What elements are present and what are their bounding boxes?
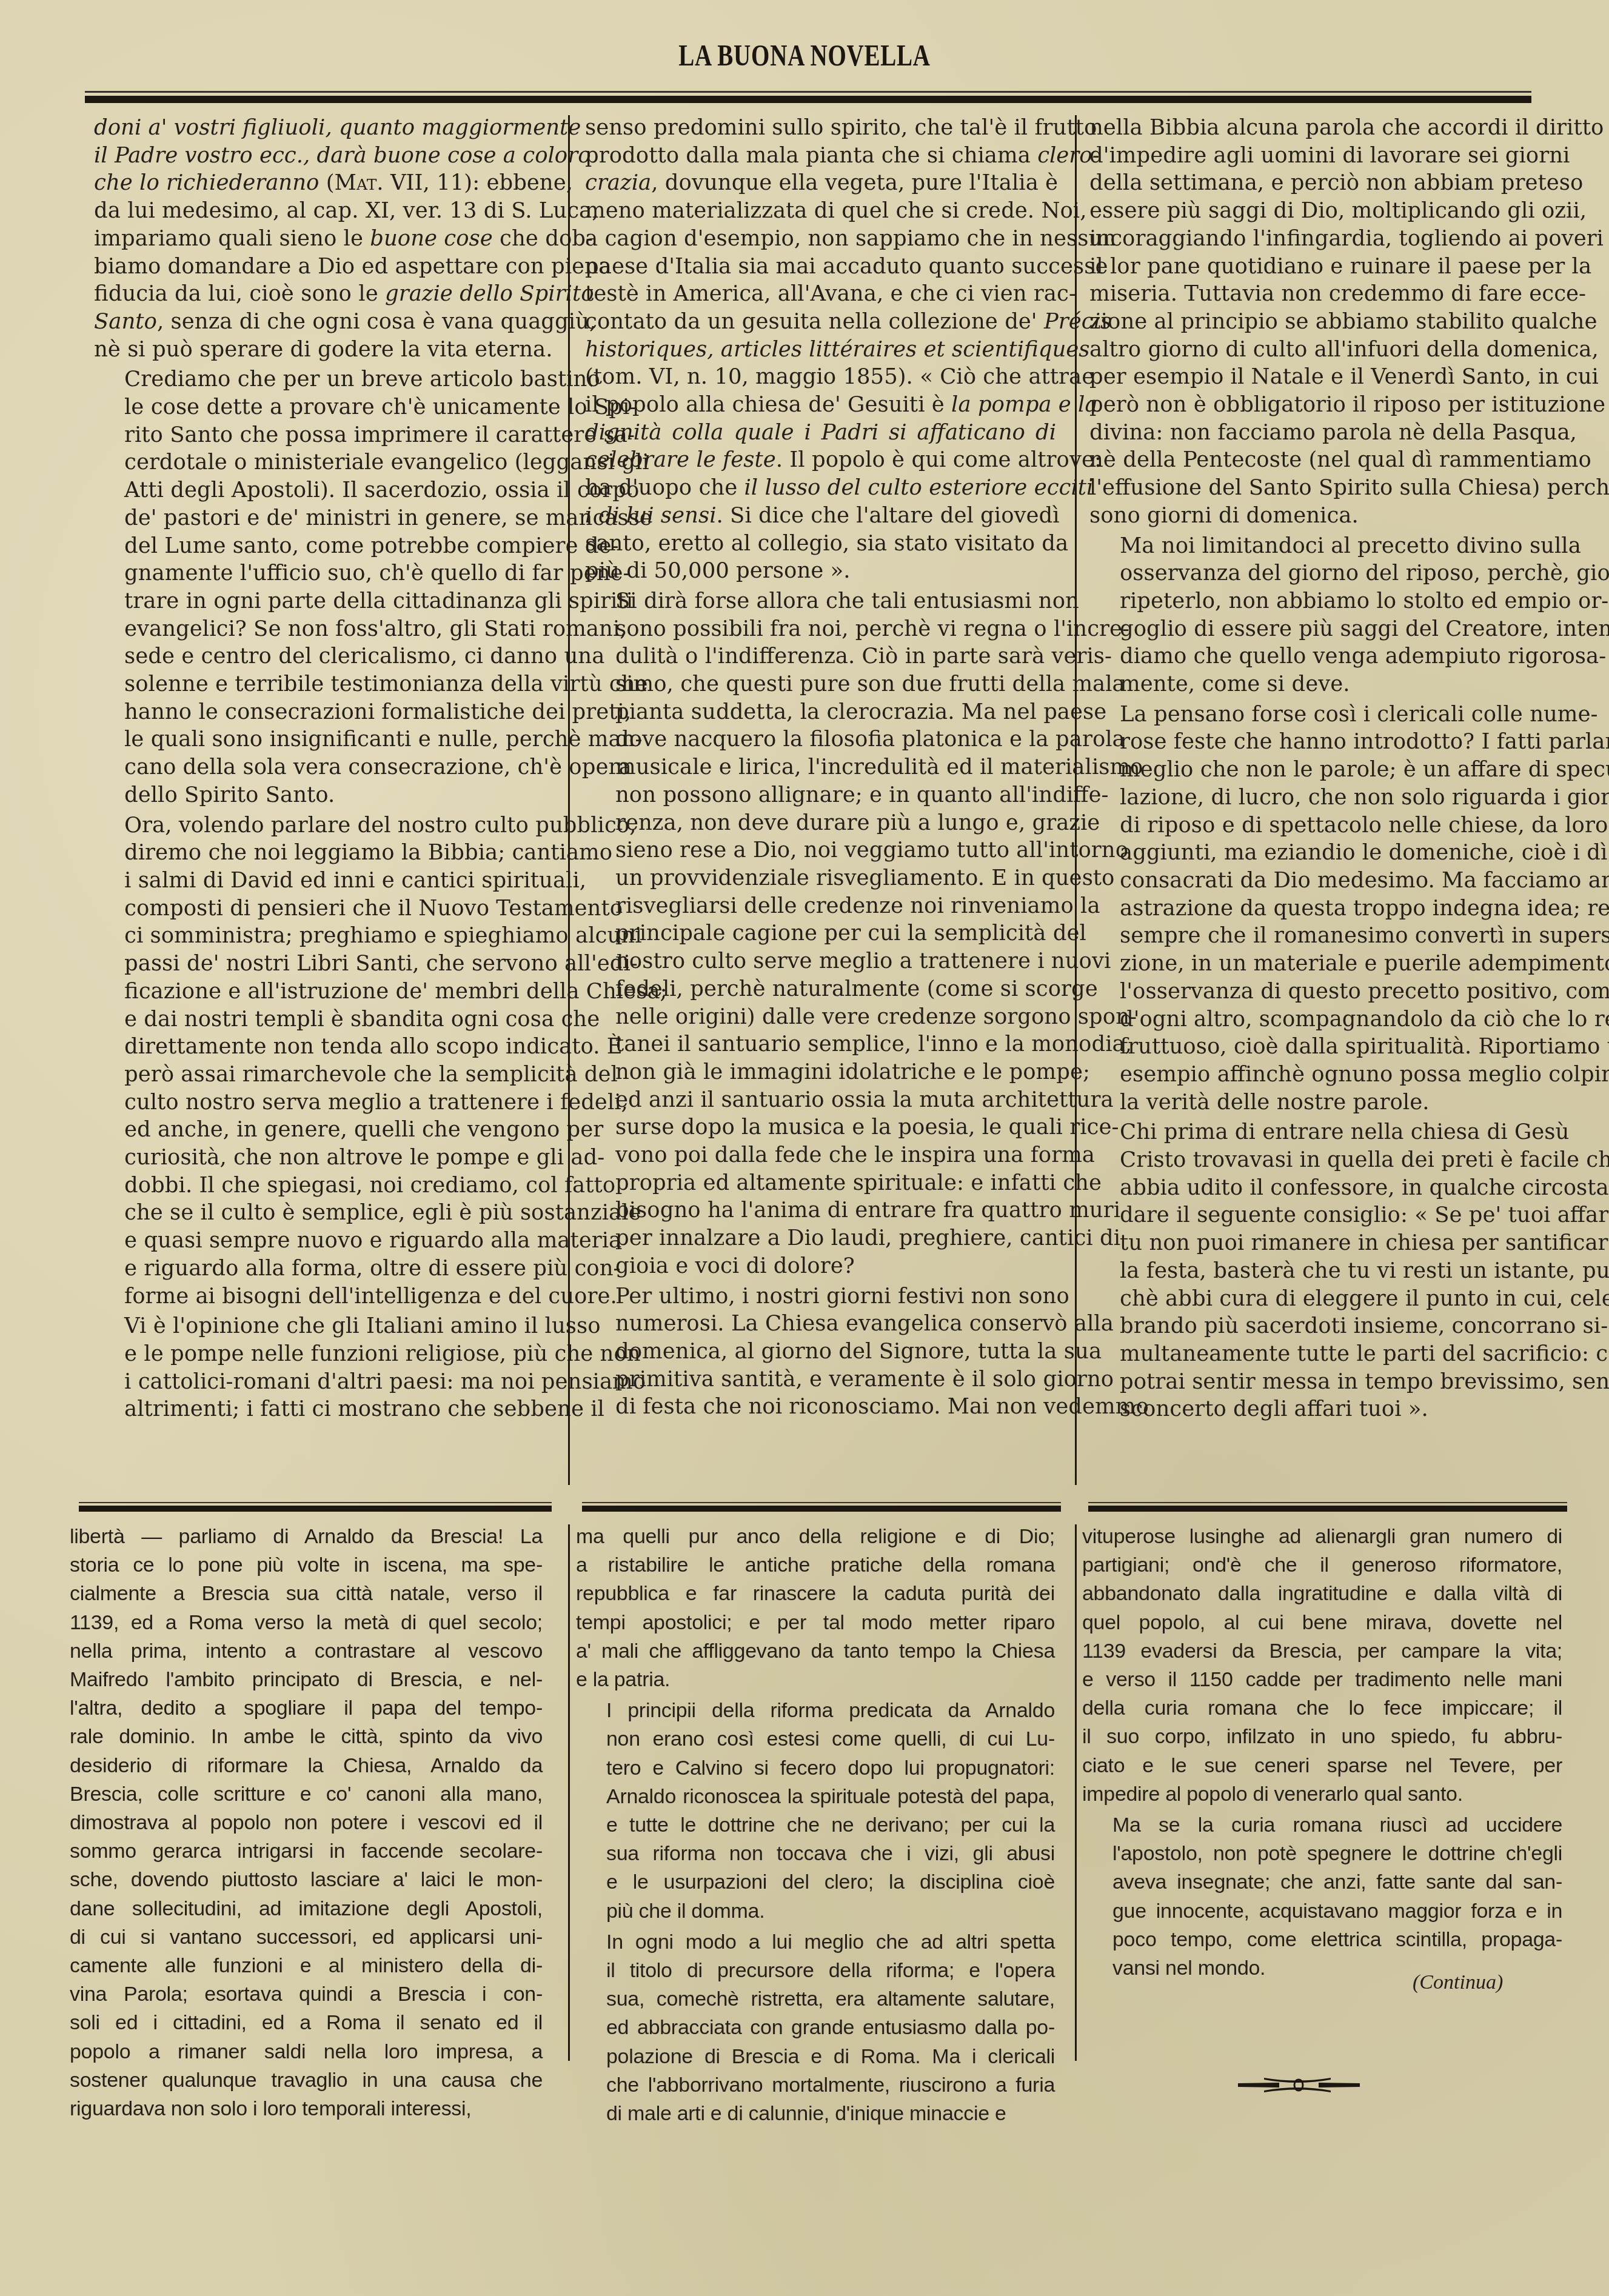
- text-line: non già le immagini idolatriche e le pom…: [585, 1058, 1056, 1086]
- text-line: popolo a rimaner saldi nella loro impres…: [70, 2038, 543, 2066]
- text-line: della settimana, e perciò non abbiam pre…: [1089, 169, 1560, 197]
- text-line: e riguardo alla forma, oltre di essere p…: [94, 1255, 553, 1283]
- text-line: In ogni modo a lui meglio che ad altri s…: [576, 1928, 1055, 1957]
- paragraph: vituperose lusinghe ad alienargli gran n…: [1082, 1523, 1562, 1809]
- text-line: osservanza del giorno del riposo, perchè…: [1089, 559, 1560, 587]
- text-line: che l'abborrivano mortalmente, riusciron…: [576, 2071, 1055, 2100]
- text-line: di riposo e di spettacolo nelle chiese, …: [1089, 812, 1560, 839]
- text-line: gue innocente, acquistavano maggior forz…: [1082, 1897, 1562, 1926]
- text-line: dare il seguente consiglio: « Se pe' tuo…: [1089, 1201, 1560, 1229]
- text-line: di festa che noi riconosciamo. Mai non v…: [585, 1393, 1056, 1421]
- italic-text: buone cose: [370, 226, 493, 251]
- text-line: direttamente non tenda allo scopo indica…: [94, 1033, 553, 1061]
- text-line: e quasi sempre nuovo e riguardo alla mat…: [94, 1227, 553, 1255]
- text-line: la verità delle nostre parole.: [1089, 1089, 1560, 1116]
- text-line: il suo corpo, infilzato in uno spiedo, f…: [1082, 1723, 1562, 1751]
- page-title: LA BUONA NOVELLA: [177, 38, 1432, 73]
- text-line: il lor pane quotidiano e ruinare il paes…: [1089, 253, 1560, 281]
- italic-text: historiques, articles littéraires et sci…: [585, 337, 1090, 362]
- paragraph: Si dirà forse allora che tali entusiasmi…: [585, 587, 1056, 1280]
- text-line: nelle origini) dalle vere credenze sorgo…: [585, 1003, 1056, 1031]
- column-divider: [1075, 115, 1077, 1485]
- continued-note: (Continua): [1413, 1971, 1503, 1994]
- text-line: nella prima, intento a contrastare al ve…: [70, 1637, 543, 1666]
- text-line: propria ed altamente spirituale: e infat…: [585, 1169, 1056, 1197]
- text-line: Vi è l'opinione che gli Italiani amino i…: [94, 1312, 553, 1340]
- text-line: dulità o l'indifferenza. Ciò in parte sa…: [585, 642, 1056, 670]
- text-line: (tom. VI, n. 10, maggio 1855). « Ciò che…: [585, 363, 1056, 391]
- small-caps-text: Mat.: [335, 170, 384, 195]
- text-line: pianta suddetta, la clerocrazia. Ma nel …: [585, 698, 1056, 726]
- text-line: astrazione da questa troppo indegna idea…: [1089, 895, 1560, 923]
- text-line: sua riforma non toccava che i vizi, gli …: [576, 1840, 1055, 1868]
- article-column-1: doni a' vostri figliuoli, quanto maggior…: [94, 114, 553, 1423]
- text-line: potrai sentir messa in tempo brevissimo,…: [1089, 1368, 1560, 1396]
- text-line: vina Parola; esortava quindi a Brescia i…: [70, 1980, 543, 2009]
- text-line: crazia, dovunque ella vegeta, pure l'Ita…: [585, 169, 1056, 197]
- text-line: meno materializzata di quel che si crede…: [585, 197, 1056, 225]
- text-line: abbandonato dalla ingratitudine e dalla …: [1082, 1580, 1562, 1608]
- text-line: le cose dette a provare ch'è unicamente …: [94, 393, 553, 421]
- text-line: sede e centro del clericalismo, ci danno…: [94, 642, 553, 670]
- text-line: celebrare le feste. Il popolo è qui come…: [585, 446, 1056, 474]
- text-line: repubblica e far rinascere la caduta pur…: [576, 1580, 1055, 1608]
- column-divider: [568, 115, 570, 1485]
- text-line: e tutte le dottrine che ne derivano; per…: [576, 1811, 1055, 1840]
- text-line: a' mali che affliggevano da tanto tempo …: [576, 1637, 1055, 1666]
- text-line: dignità colla quale i Padri si affatican…: [585, 419, 1056, 447]
- text-line: ciato e le sue ceneri sparse nel Tevere,…: [1082, 1752, 1562, 1780]
- paragraph: nella Bibbia alcuna parola che accordi i…: [1089, 114, 1560, 530]
- text-line: meglio che non le parole; è un affare di…: [1089, 756, 1560, 784]
- text-line: del Lume santo, come potrebbe compiere d…: [94, 532, 553, 560]
- text-line: zione al principio se abbiamo stabilito …: [1089, 308, 1560, 336]
- text-line: ripeterlo, non abbiamo lo stolto ed empi…: [1089, 587, 1560, 615]
- section-double-rule: [1088, 1502, 1567, 1513]
- text-line: principale cagione per cui la semplicità…: [585, 919, 1056, 947]
- text-line: della curia romana che lo fece impiccare…: [1082, 1694, 1562, 1723]
- italic-text: crazia: [585, 170, 651, 195]
- text-line: goglio di essere più saggi del Creatore,…: [1089, 615, 1560, 643]
- paragraph: Ma se la curia romana riuscì ad uccidere…: [1082, 1811, 1562, 1983]
- text-line: e dai nostri templi è sbandita ogni cosa…: [94, 1006, 553, 1033]
- text-line: Ora, volendo parlare del nostro culto pu…: [94, 812, 553, 839]
- text-line: aveva insegnate; che anzi, fatte sante d…: [1082, 1868, 1562, 1897]
- feuilleton-column-1: libertà — parliamo di Arnaldo da Brescia…: [70, 1523, 543, 2123]
- text-line: aggiunti, ma eziandio le domeniche, cioè…: [1089, 839, 1560, 867]
- text-line: sono giorni di domenica.: [1089, 502, 1560, 530]
- italic-text: il lusso del culto esteriore ecciti: [744, 475, 1093, 500]
- text-line: consacrati da Dio medesimo. Ma facciamo …: [1089, 867, 1560, 895]
- text-line: tero e Calvino si fecero dopo lui propug…: [576, 1754, 1055, 1783]
- text-line: sostener qualunque travaglio in una caus…: [70, 2066, 543, 2095]
- text-line: testè in America, all'Avana, e che ci vi…: [585, 280, 1056, 308]
- text-line: nè si può sperare di godere la vita eter…: [94, 336, 553, 364]
- text-line: per esempio il Natale e il Venerdì Santo…: [1089, 363, 1560, 391]
- text-line: fruttuoso, cioè dalla spiritualità. Ripo…: [1089, 1033, 1560, 1061]
- text-line: che se il culto è semplice, egli è più s…: [94, 1199, 553, 1227]
- text-line: passi de' nostri Libri Santi, che servon…: [94, 950, 553, 978]
- text-line: nè della Pentecoste (nel qual dì ramment…: [1089, 446, 1560, 474]
- text-line: La pensano forse così i clericali colle …: [1089, 701, 1560, 729]
- text-line: numerosi. La Chiesa evangelica conservò …: [585, 1310, 1056, 1338]
- paragraph: Per ultimo, i nostri giorni festivi non …: [585, 1283, 1056, 1421]
- paragraph: I principii della riforma predicata da A…: [576, 1697, 1055, 1926]
- text-line: cano della sola vera consecrazione, ch'è…: [94, 753, 553, 781]
- text-line: impedire al popolo di venerarlo qual san…: [1082, 1780, 1562, 1809]
- header-rule-thick: [85, 96, 1531, 103]
- column-divider: [1075, 1524, 1077, 2061]
- header-rule-thin: [85, 91, 1531, 93]
- text-line: primitiva santità, e veramente è il solo…: [585, 1366, 1056, 1393]
- text-line: gnamente l'ufficio suo, ch'è quello di f…: [94, 559, 553, 587]
- text-line: Ma noi limitandoci al precetto divino su…: [1089, 532, 1560, 560]
- text-line: ficazione e all'istruzione de' membri de…: [94, 978, 553, 1006]
- text-line: rale dominio. In ambe le città, spinto d…: [70, 1723, 543, 1751]
- text-line: a ristabilire le antiche pratiche della …: [576, 1551, 1055, 1580]
- text-line: diamo che quello venga adempiuto rigoros…: [1089, 642, 1560, 670]
- text-line: Si dirà forse allora che tali entusiasmi…: [585, 587, 1056, 615]
- text-line: più di 50,000 persone ».: [585, 557, 1056, 585]
- text-line: il Padre vostro ecc., darà buone cose a …: [94, 142, 553, 170]
- text-line: vono poi dalla fede che le inspira una f…: [585, 1141, 1056, 1169]
- paragraph: In ogni modo a lui meglio che ad altri s…: [576, 1928, 1055, 2128]
- text-line: le quali sono insignificanti e nulle, pe…: [94, 726, 553, 753]
- text-line: curiosità, che non altrove le pompe e gl…: [94, 1144, 553, 1172]
- text-line: risvegliarsi delle credenze noi rinvenia…: [585, 892, 1056, 920]
- text-line: d'ogni altro, scompagnandolo da ciò che …: [1089, 1006, 1560, 1033]
- text-line: brando più sacerdoti insieme, concorrano…: [1089, 1312, 1560, 1340]
- text-line: diremo che noi leggiamo la Bibbia; canti…: [94, 839, 553, 867]
- text-line: per innalzare a Dio laudi, preghiere, ca…: [585, 1224, 1056, 1252]
- text-line: sommo gerarca intrigarsi in faccende sec…: [70, 1837, 543, 1866]
- text-line: fiducia da lui, cioè sono le grazie dell…: [94, 280, 553, 308]
- text-line: nella Bibbia alcuna parola che accordi i…: [1089, 114, 1560, 142]
- text-line: Cristo trovavasi in quella dei preti è f…: [1089, 1146, 1560, 1174]
- text-line: renza, non deve durare più a lungo e, gr…: [585, 809, 1056, 837]
- text-line: storia ce lo pone più volte in iscena, m…: [70, 1551, 543, 1580]
- text-line: bisogno ha l'anima di entrare fra quattr…: [585, 1196, 1056, 1224]
- text-line: sconcerto degli affari tuoi ».: [1089, 1395, 1560, 1423]
- ornament-divider-icon: [1237, 2076, 1361, 2094]
- section-double-rule: [582, 1502, 1061, 1513]
- text-line: quel popolo, al cui bene mirava, dovette…: [1082, 1609, 1562, 1637]
- text-line: tempi apostolici; e per tal modo metter …: [576, 1609, 1055, 1637]
- text-line: hanno le consecrazioni formalistiche dei…: [94, 698, 553, 726]
- text-line: però assai rimarchevole che la semplicit…: [94, 1061, 553, 1089]
- text-line: solenne e terribile testimonianza della …: [94, 670, 553, 698]
- text-line: paese d'Italia sia mai accaduto quanto s…: [585, 253, 1056, 281]
- text-line: d'impedire agli uomini di lavorare sei g…: [1089, 142, 1560, 170]
- text-line: l'effusione del Santo Spirito sulla Chie…: [1089, 474, 1560, 502]
- text-line: Atti degli Apostoli). Il sacerdozio, oss…: [94, 476, 553, 504]
- text-line: multaneamente tutte le parti del sacrifi…: [1089, 1340, 1560, 1368]
- paragraph: Ora, volendo parlare del nostro culto pu…: [94, 812, 553, 1310]
- italic-text: grazie dello Spirito: [385, 281, 594, 306]
- text-line: i cattolici-romani d'altri paesi: ma noi…: [94, 1368, 553, 1396]
- text-line: libertà — parliamo di Arnaldo da Brescia…: [70, 1523, 543, 1551]
- paragraph: Chi prima di entrare nella chiesa di Ges…: [1089, 1118, 1560, 1423]
- column-divider: [568, 1524, 570, 2061]
- text-line: ha d'uopo che il lusso del culto esterio…: [585, 474, 1056, 502]
- italic-text: doni a' vostri figliuoli, quanto maggior…: [94, 115, 581, 140]
- text-line: essere più saggi di Dio, moltiplicando g…: [1089, 197, 1560, 225]
- text-line: vituperose lusinghe ad alienargli gran n…: [1082, 1523, 1562, 1551]
- text-line: sua, comechè ristretta, era altamente sa…: [576, 1985, 1055, 2014]
- text-line: rose feste che hanno introdotto? I fatti…: [1089, 728, 1560, 756]
- text-line: 1139, ed a Roma verso la metà di quel se…: [70, 1609, 543, 1637]
- text-line: prodotto dalla mala pianta che si chiama…: [585, 142, 1056, 170]
- text-line: 1139 evadersi da Brescia, per campare la…: [1082, 1637, 1562, 1666]
- text-line: senso predomini sullo spirito, che tal'è…: [585, 114, 1056, 142]
- text-line: forme ai bisogni dell'intelligenza e del…: [94, 1283, 553, 1310]
- text-line: Crediamo che per un breve articolo basti…: [94, 365, 553, 393]
- text-line: a cagion d'esempio, non sappiamo che in …: [585, 225, 1056, 253]
- paragraph: Crediamo che per un breve articolo basti…: [94, 365, 553, 809]
- paragraph: ma quelli pur anco della religione e di …: [576, 1523, 1055, 1694]
- text-line: di cui si vantano successori, ed applica…: [70, 1923, 543, 1952]
- text-line: camente alle funzioni e al ministero del…: [70, 1952, 543, 1980]
- text-line: il titolo di precursore della riforma; e…: [576, 1957, 1055, 1985]
- paragraph: Ma noi limitandoci al precetto divino su…: [1089, 532, 1560, 698]
- text-line: miseria. Tuttavia non credemmo di fare e…: [1089, 280, 1560, 308]
- text-line: cialmente a Brescia sua città natale, ve…: [70, 1580, 543, 1608]
- text-line: tanei il santuario semplice, l'inno e la…: [585, 1030, 1056, 1058]
- text-line: non erano così estesi come quelli, di cu…: [576, 1725, 1055, 1754]
- text-line: contato da un gesuita nella collezione d…: [585, 308, 1056, 336]
- text-line: Chi prima di entrare nella chiesa di Ges…: [1089, 1118, 1560, 1146]
- italic-text: celebrare le feste: [585, 447, 776, 472]
- text-line: tu non puoi rimanere in chiesa per santi…: [1089, 1229, 1560, 1257]
- text-line: non possono allignare; e in quanto all'i…: [585, 781, 1056, 809]
- text-line: ed anzi il santuario ossia la muta archi…: [585, 1086, 1056, 1114]
- text-line: lazione, di lucro, che non solo riguarda…: [1089, 784, 1560, 812]
- text-line: il popolo alla chiesa de' Gesuiti è la p…: [585, 391, 1056, 419]
- text-line: un provvidenziale risvegliamento. E in q…: [585, 864, 1056, 892]
- text-line: chè abbi cura di eleggere il punto in cu…: [1089, 1285, 1560, 1313]
- text-line: e le pompe nelle funzioni religiose, più…: [94, 1340, 553, 1368]
- text-line: surse dopo la musica e la poesia, le qua…: [585, 1113, 1056, 1141]
- text-line: più che il domma.: [576, 1897, 1055, 1926]
- italic-text: Santo: [94, 309, 157, 334]
- italic-text: dignità colla quale i Padri si affatican…: [585, 420, 1056, 445]
- italic-text: che lo richiederanno: [94, 170, 319, 195]
- text-line: de' pastori e de' ministri in genere, se…: [94, 504, 553, 532]
- text-line: Santo, senza di che ogni cosa è vana qua…: [94, 308, 553, 336]
- text-line: divina: non facciamo parola nè della Pas…: [1089, 419, 1560, 447]
- text-line: l'altra, dedito a spogliare il papa del …: [70, 1694, 543, 1723]
- article-column-2: senso predomini sullo spirito, che tal'è…: [585, 114, 1056, 1421]
- text-line: altro giorno di culto all'infuori della …: [1089, 336, 1560, 364]
- text-line: ma quelli pur anco della religione e di …: [576, 1523, 1055, 1551]
- feuilleton-column-3: vituperose lusinghe ad alienargli gran n…: [1082, 1523, 1562, 1983]
- paragraph: doni a' vostri figliuoli, quanto maggior…: [94, 114, 553, 363]
- text-line: Arnaldo riconoscea la spirituale potestà…: [576, 1783, 1055, 1811]
- text-line: abbia udito il confessore, in qualche ci…: [1089, 1174, 1560, 1202]
- feuilleton-column-2: ma quelli pur anco della religione e di …: [576, 1523, 1055, 2128]
- text-line: da lui medesimo, al cap. XI, ver. 13 di …: [94, 197, 553, 225]
- text-line: e la patria.: [576, 1666, 1055, 1694]
- text-line: che lo richiederanno (Mat. VII, 11): ebb…: [94, 169, 553, 197]
- text-line: ed abbracciata con grande entusiasmo dal…: [576, 2014, 1055, 2042]
- paragraph: La pensano forse così i clericali colle …: [1089, 701, 1560, 1116]
- paragraph: senso predomini sullo spirito, che tal'è…: [585, 114, 1056, 585]
- text-line: e verso il 1150 cadde per tradimento nel…: [1082, 1666, 1562, 1694]
- text-line: esempio affinchè ognuno possa meglio col…: [1089, 1061, 1560, 1089]
- text-line: musicale e lirica, l'incredulità ed il m…: [585, 753, 1056, 781]
- text-line: I principii della riforma predicata da A…: [576, 1697, 1055, 1725]
- text-line: Maifredo l'ambito principato di Brescia,…: [70, 1666, 543, 1694]
- text-line: soli ed i cittadini, ed a Roma il senato…: [70, 2009, 543, 2037]
- text-line: e le usurpazioni del clero; la disciplin…: [576, 1868, 1055, 1897]
- text-line: dove nacquero la filosofia platonica e l…: [585, 726, 1056, 753]
- text-line: riguardava non solo i loro temporali int…: [70, 2095, 543, 2123]
- text-line: polazione di Brescia e di Roma. Ma i cle…: [576, 2043, 1055, 2071]
- text-line: impariamo quali sieno le buone cose che …: [94, 225, 553, 253]
- text-line: culto nostro serva meglio a trattenere i…: [94, 1089, 553, 1116]
- text-line: dello Spirito Santo.: [94, 781, 553, 809]
- paragraph: Vi è l'opinione che gli Italiani amino i…: [94, 1312, 553, 1423]
- header-double-rule: [85, 91, 1531, 105]
- text-line: Brescia, colle scritture e co' canoni al…: [70, 1780, 543, 1809]
- text-line: rito Santo che possa imprimere il caratt…: [94, 421, 553, 449]
- text-line: domenica, al giorno del Signore, tutta l…: [585, 1338, 1056, 1366]
- text-line: mente, come si deve.: [1089, 670, 1560, 698]
- text-line: fedeli, perchè naturalmente (come si sco…: [585, 975, 1056, 1003]
- text-line: incoraggiando l'infingardia, togliendo a…: [1089, 225, 1560, 253]
- text-line: però non è obbligatorio il riposo per is…: [1089, 391, 1560, 419]
- text-line: dobbi. Il che spiegasi, noi crediamo, co…: [94, 1172, 553, 1200]
- text-line: nostro culto serve meglio a trattenere i…: [585, 947, 1056, 975]
- text-line: simo, che questi pure son due frutti del…: [585, 670, 1056, 698]
- italic-text: il Padre vostro ecc., darà buone cose a …: [94, 143, 591, 168]
- text-line: dimostrava al popolo non potere i vescov…: [70, 1809, 543, 1837]
- text-line: zione, in un materiale e puerile adempim…: [1089, 950, 1560, 978]
- text-line: sche, dovendo piuttosto lasciare a' laic…: [70, 1866, 543, 1894]
- text-line: i di lui sensi. Si dice che l'altare del…: [585, 502, 1056, 530]
- text-line: cerdotale o ministeriale evangelico (leg…: [94, 449, 553, 476]
- text-line: evangelici? Se non foss'altro, gli Stati…: [94, 615, 553, 643]
- text-line: biamo domandare a Dio ed aspettare con p…: [94, 253, 553, 281]
- text-line: ed anche, in genere, quelli che vengono …: [94, 1116, 553, 1144]
- text-line: i salmi di David ed inni e cantici spiri…: [94, 867, 553, 895]
- paragraph: libertà — parliamo di Arnaldo da Brescia…: [70, 1523, 543, 2123]
- text-line: l'osservanza di questo precetto positivo…: [1089, 978, 1560, 1006]
- article-column-3: nella Bibbia alcuna parola che accordi i…: [1089, 114, 1560, 1423]
- text-line: gioia e voci di dolore?: [585, 1252, 1056, 1280]
- text-line: sieno rese a Dio, noi veggiamo tutto all…: [585, 836, 1056, 864]
- text-line: ci somministra; preghiamo e spieghiamo a…: [94, 922, 553, 950]
- text-line: sono possibili fra noi, perchè vi regna …: [585, 615, 1056, 643]
- text-line: desiderio di riformare la Chiesa, Arnald…: [70, 1752, 543, 1780]
- italic-text: i di lui sensi: [585, 503, 717, 528]
- text-line: historiques, articles littéraires et sci…: [585, 336, 1056, 364]
- text-line: di male arti e di calunnie, d'inique min…: [576, 2100, 1055, 2128]
- text-line: Ma se la curia romana riuscì ad uccidere: [1082, 1811, 1562, 1840]
- text-line: composti di pensieri che il Nuovo Testam…: [94, 895, 553, 923]
- text-line: l'apostolo, non potè spegnere le dottrin…: [1082, 1840, 1562, 1868]
- text-line: doni a' vostri figliuoli, quanto maggior…: [94, 114, 553, 142]
- text-line: trare in ogni parte della cittadinanza g…: [94, 587, 553, 615]
- text-line: poco tempo, come elettrica scintilla, pr…: [1082, 1926, 1562, 1954]
- text-line: santo, eretto al collegio, sia stato vis…: [585, 530, 1056, 558]
- text-line: altrimenti; i fatti ci mostrano che sebb…: [94, 1395, 553, 1423]
- text-line: la festa, basterà che tu vi resti un ist…: [1089, 1257, 1560, 1285]
- text-line: dane sollecitudini, ad imitazione degli …: [70, 1895, 543, 1923]
- section-double-rule: [79, 1502, 552, 1513]
- text-line: Per ultimo, i nostri giorni festivi non …: [585, 1283, 1056, 1310]
- text-line: partigiani; ond'è che il generoso riform…: [1082, 1551, 1562, 1580]
- text-line: sempre che il romanesimo convertì in sup…: [1089, 922, 1560, 950]
